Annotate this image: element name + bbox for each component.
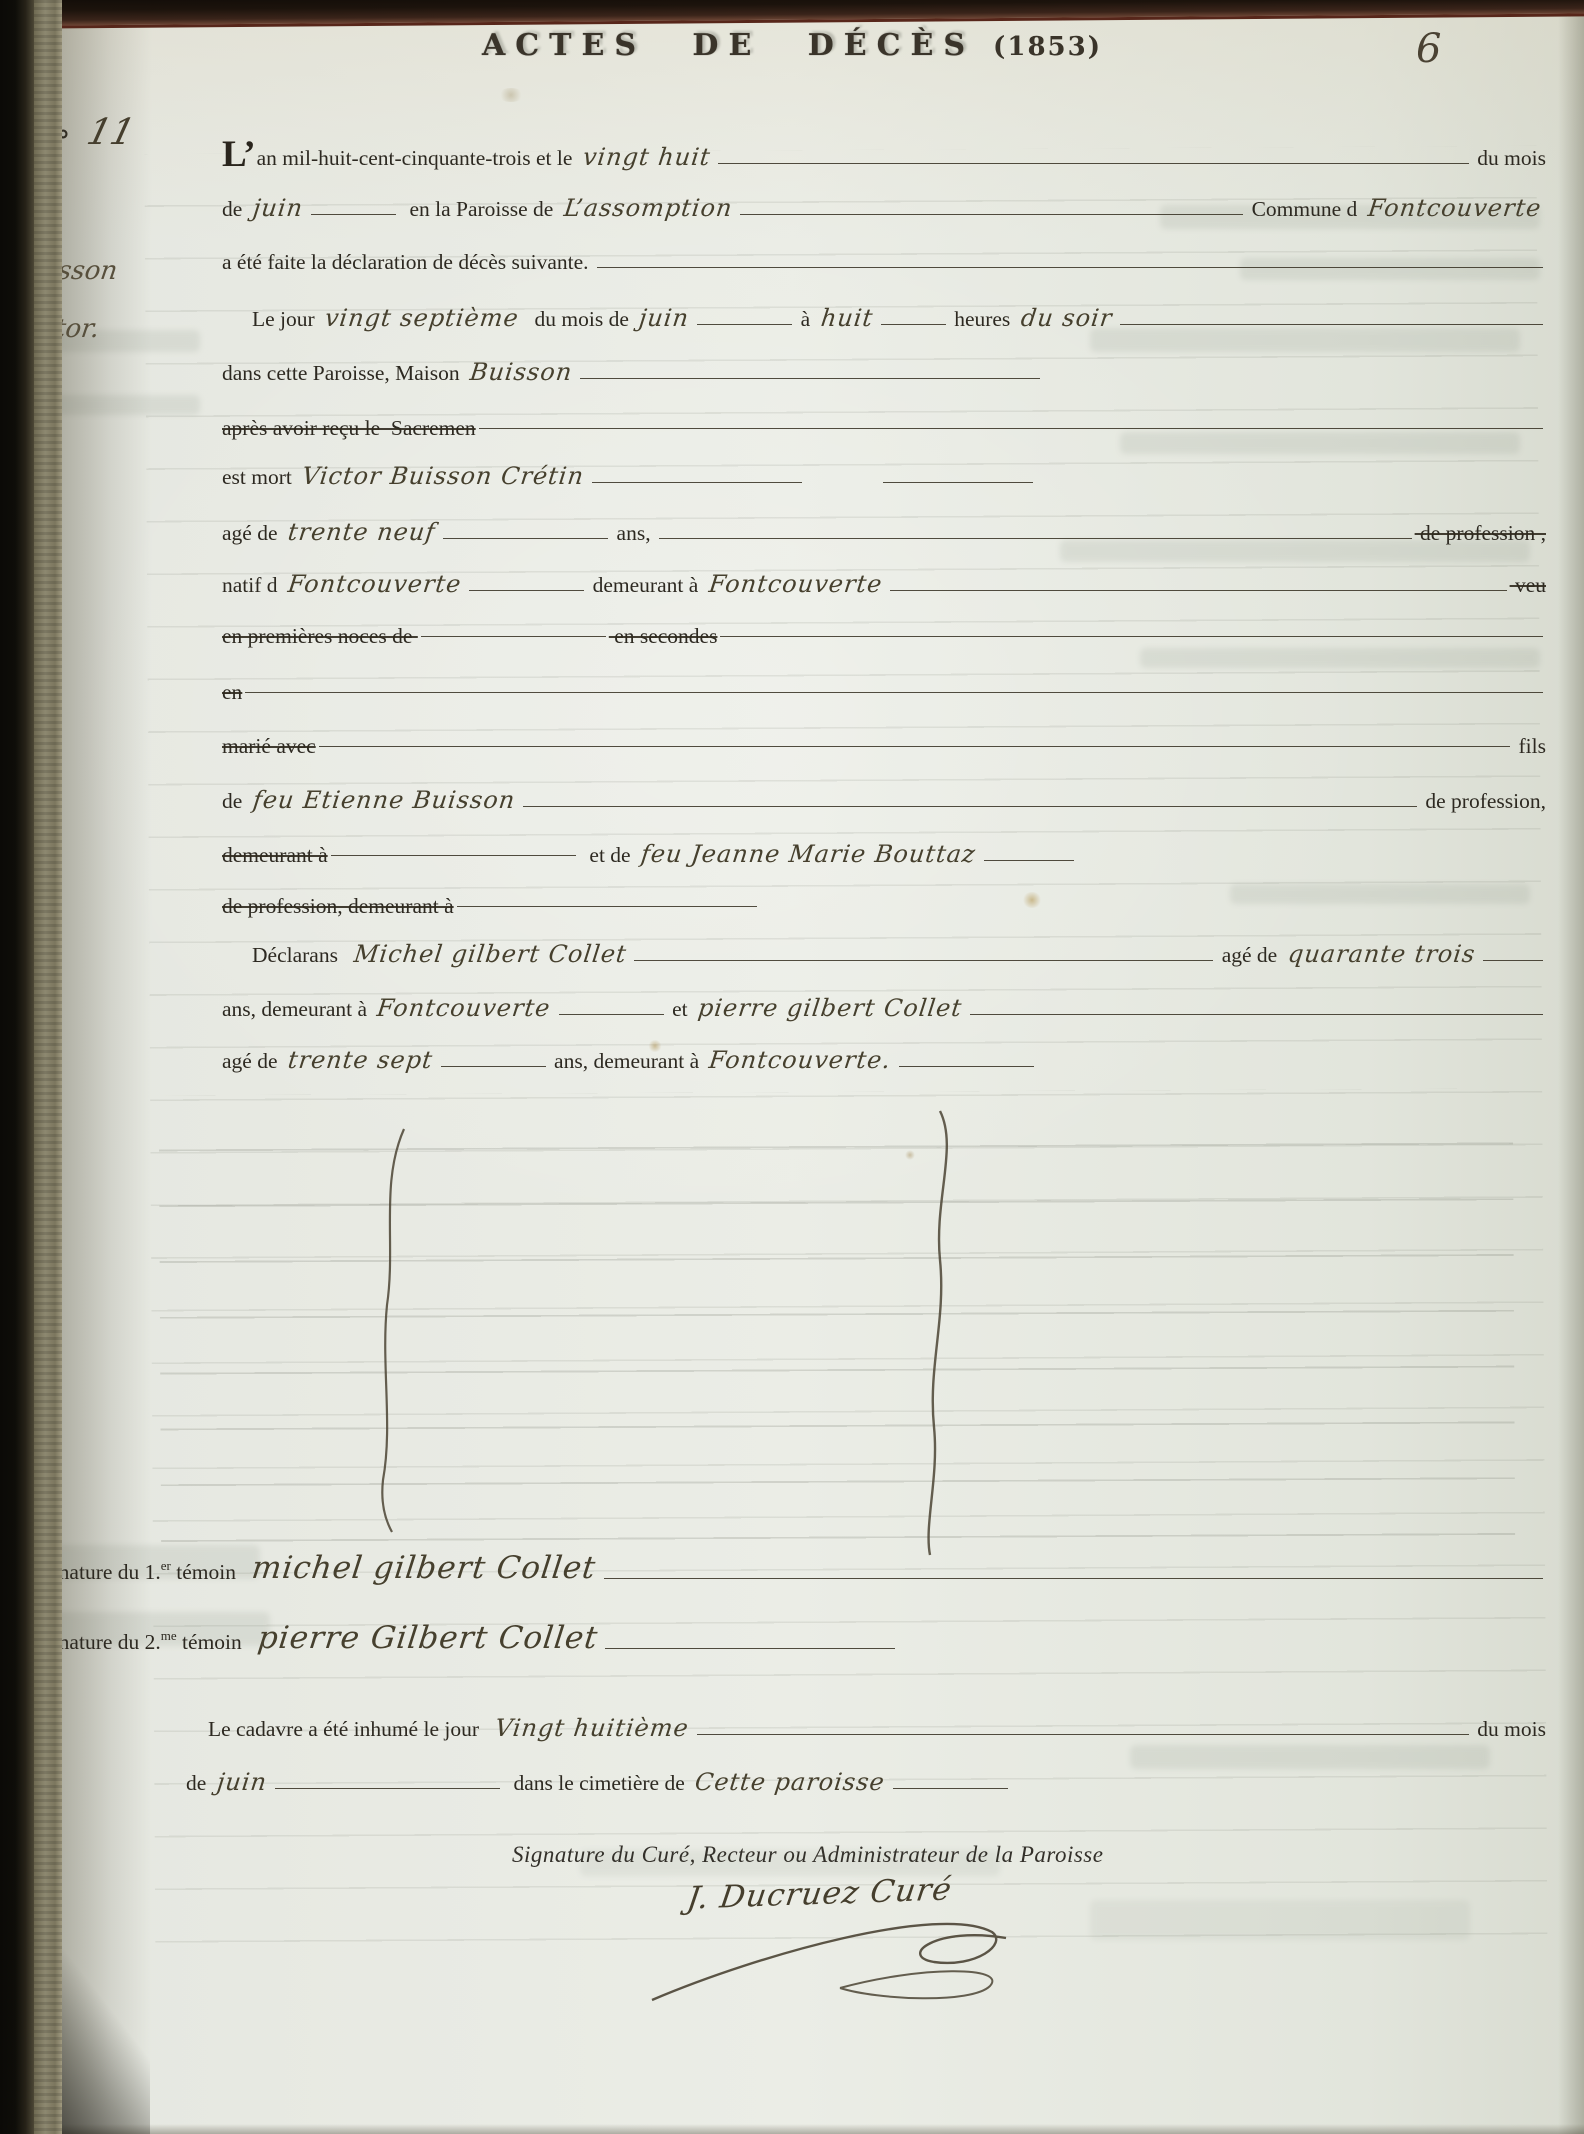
printed-text: et de — [579, 843, 636, 867]
handwritten-text: huit — [814, 306, 879, 331]
printed-text: à — [795, 307, 815, 331]
line-deceased-name: est mort Victor Buisson Crétin — [222, 464, 1546, 489]
stain — [498, 88, 524, 102]
filler-rule — [970, 1012, 1543, 1015]
filler-rule — [592, 480, 802, 483]
struck-printed-text: de profession , — [1415, 521, 1546, 545]
printed-text: agé de — [222, 1049, 283, 1073]
printed-text: demeurant à — [587, 573, 703, 597]
filler-rule — [893, 1786, 1008, 1789]
right-edge-shadow — [1558, 0, 1584, 2134]
filler-rule — [441, 1064, 546, 1067]
printed-text: de — [222, 789, 248, 813]
filler-rule — [1120, 322, 1543, 325]
handwritten-text: michel gilbert Collet — [245, 1552, 603, 1585]
printed-text: heures — [949, 307, 1016, 331]
line-declarant-1: Déclarans Michel gilbert Collet agé de q… — [252, 942, 1546, 967]
printed-text: du mois — [1472, 146, 1546, 170]
handwritten-text: Cette paroisse — [689, 1770, 892, 1795]
printed-text: natif d — [222, 573, 283, 597]
line-birthplace: natif d Fontcouverte demeurant à Fontcou… — [222, 572, 1546, 597]
line-sacrament-struck: après avoir reçu le Sacremen — [222, 416, 1546, 440]
bleedthrough-smudge — [1090, 328, 1520, 352]
handwritten-text: Fontcouverte — [702, 572, 888, 597]
line-father: de feu Etienne Buisson de profession, — [222, 788, 1546, 813]
printed-text: et — [667, 997, 693, 1021]
bottom-edge-shadow — [0, 2124, 1584, 2134]
line-month-parish: de juin en la Paroisse de L’assomption C… — [222, 196, 1546, 221]
printed-text: Le jour — [252, 307, 320, 331]
book-spine — [0, 0, 34, 2134]
filler-rule — [469, 588, 584, 591]
handwritten-text: Victor Buisson Crétin — [296, 464, 591, 489]
printed-text: ans, demeurant à — [222, 997, 372, 1021]
handwritten-text: quarante trois — [1281, 942, 1481, 967]
handwritten-text: trente neuf — [281, 520, 441, 545]
handwritten-text: Vingt huitième — [488, 1716, 695, 1741]
cure-signature-caption: Signature du Curé, Recteur ou Administra… — [512, 1842, 1103, 1868]
printed-text: dans cette Paroisse, Maison — [222, 361, 465, 385]
filler-rule — [634, 958, 1213, 961]
filler-rule — [883, 480, 1033, 483]
handwritten-text: Fontcouverte. — [703, 1048, 898, 1073]
line-year-date: L’an mil-huit-cent-cinquante-trois et le… — [222, 140, 1546, 170]
printed-text: de profession, — [1420, 789, 1546, 813]
page-title: ACTES DE DÉCÈS — [482, 28, 975, 63]
struck-filler-rule — [331, 853, 576, 856]
line-age: agé de trente neuf ans, de profession , — [222, 520, 1546, 545]
printed-text: an mil-huit-cent-cinquante-trois et le — [257, 146, 578, 170]
struck-filler-rule — [479, 426, 1543, 429]
line-death-day: Le jour vingt septième du mois de juin à… — [252, 306, 1546, 331]
line-burial-month: de juin dans le cimetière de Cette paroi… — [186, 1770, 1546, 1795]
struck-printed-text: marié avec — [222, 734, 316, 758]
filler-rule — [659, 536, 1412, 539]
printed-text: Commune d — [1246, 197, 1362, 221]
bleedthrough-smudge — [1140, 648, 1540, 668]
superscript-text: me — [161, 1628, 177, 1644]
filler-rule — [604, 1576, 1544, 1579]
printed-text: ans, demeurant à — [549, 1049, 705, 1073]
printed-text: de — [186, 1771, 212, 1795]
printed-text: en la Paroisse de — [399, 197, 559, 221]
handwritten-brace-left — [360, 1125, 430, 1535]
printed-text: agé de — [1216, 943, 1282, 967]
line-first-marriage-struck: en premières noces de en secondes — [222, 624, 1546, 648]
struck-printed-text: en secondes — [609, 624, 718, 648]
printed-text: Le cadavre a été inhumé le jour — [208, 1717, 490, 1741]
handwritten-text: juin — [246, 196, 309, 221]
handwritten-text: Buisson — [463, 360, 578, 385]
line-witness-1: Signature du 1.er témoin michel gilbert … — [30, 1552, 1546, 1585]
printed-text: est mort — [222, 465, 297, 489]
struck-filler-rule — [457, 904, 757, 907]
line-declarant-2: agé de trente sept ans, demeurant à Font… — [222, 1048, 1546, 1073]
printed-text: agé de — [222, 521, 283, 545]
printed-text: témoin — [171, 1560, 247, 1584]
handwritten-text: vingt huit — [576, 145, 717, 170]
line-mother: demeurant à et de feu Jeanne Marie Boutt… — [222, 842, 1546, 867]
printed-text: témoin — [177, 1630, 253, 1654]
struck-filler-rule — [319, 744, 1510, 747]
struck-printed-text: demeurant à — [222, 843, 328, 867]
handwritten-text: Fontcouverte — [1361, 196, 1547, 221]
superscript-text: er — [161, 1558, 171, 1574]
struck-printed-text: en — [222, 680, 242, 704]
filler-rule — [443, 536, 608, 539]
filler-rule — [311, 212, 396, 215]
handwritten-text: Fontcouverte — [281, 572, 467, 597]
printed-text: dans le cimetière de — [503, 1771, 690, 1795]
handwritten-text: trente sept — [281, 1048, 439, 1073]
line-married-struck: marié avec fils — [222, 734, 1546, 758]
page-header: ACTES DE DÉCÈS(1853) — [0, 28, 1584, 63]
filler-rule — [697, 322, 792, 325]
book-top-edge — [0, 0, 1584, 29]
filler-rule — [890, 588, 1507, 591]
filler-rule — [523, 804, 1417, 807]
printed-text: du mois — [1472, 1717, 1546, 1741]
filler-rule — [597, 265, 1543, 268]
page-year: (1853) — [993, 32, 1102, 62]
line-profession-residence-struck: de profession, demeurant à — [222, 894, 1546, 918]
line-house: dans cette Paroisse, Maison Buisson — [222, 360, 1546, 385]
struck-filler-rule — [245, 690, 1543, 693]
filler-rule — [1483, 958, 1543, 961]
printed-text: Déclarans — [252, 943, 349, 967]
printed-text: fils — [1513, 734, 1546, 758]
filler-rule — [580, 376, 1040, 379]
handwritten-brace-right — [890, 1105, 970, 1560]
filler-rule — [984, 858, 1074, 861]
struck-printed-text: veu — [1510, 573, 1546, 597]
handwritten-text: Michel gilbert Collet — [347, 942, 633, 967]
line-declaration: a été faite la déclaration de décès suiv… — [222, 250, 1546, 274]
filler-rule — [559, 1012, 664, 1015]
handwritten-text: feu Jeanne Marie Bouttaz — [634, 842, 982, 867]
filler-rule — [740, 212, 1243, 215]
filler-rule — [899, 1064, 1034, 1067]
struck-printed-text: après avoir reçu le Sacremen — [222, 416, 476, 440]
handwritten-text: L’assomption — [557, 196, 739, 221]
handwritten-text: juin — [633, 306, 696, 331]
printed-text: a été faite la déclaration de décès suiv… — [222, 250, 594, 274]
struck-printed-text: de profession, demeurant à — [222, 894, 454, 918]
printed-text: ans, — [611, 521, 656, 545]
line-witness-2: Signature du 2.me témoin pierre Gilbert … — [30, 1622, 1546, 1655]
struck-printed-text: en premières noces de — [222, 624, 418, 648]
handwritten-text: Fontcouverte — [371, 996, 557, 1021]
handwritten-text: pierre Gilbert Collet — [251, 1622, 605, 1655]
filler-rule — [718, 161, 1469, 164]
filler-rule — [275, 1786, 500, 1789]
line-declarant-residence: ans, demeurant à Fontcouverte et pierre … — [222, 996, 1546, 1021]
book-page-edge — [34, 0, 62, 2134]
page-number: 6 — [1416, 26, 1441, 72]
scanned-register-page: ACTES DE DÉCÈS(1853) 6 N.° 11 Buisson Vi… — [0, 0, 1584, 2134]
bleedthrough-smudge — [1130, 1745, 1490, 1769]
filler-rule — [881, 322, 946, 325]
handwritten-text: vingt septième — [319, 306, 526, 331]
printed-text: de — [222, 197, 248, 221]
struck-filler-rule — [421, 634, 606, 637]
line-burial-day: Le cadavre a été inhumé le jour Vingt hu… — [208, 1716, 1546, 1741]
filler-rule — [605, 1646, 895, 1649]
handwritten-text: juin — [210, 1770, 273, 1795]
handwritten-text: du soir — [1014, 306, 1118, 331]
handwritten-text: feu Etienne Buisson — [246, 788, 521, 813]
filler-rule — [697, 1732, 1469, 1735]
struck-filler-rule — [720, 634, 1543, 637]
line-en-struck: en — [222, 680, 1546, 704]
drop-cap: L’ — [222, 140, 256, 170]
handwritten-text: pierre gilbert Collet — [692, 996, 969, 1021]
printed-text: du mois de — [524, 307, 634, 331]
bleedthrough-smudge — [1090, 1900, 1470, 1940]
